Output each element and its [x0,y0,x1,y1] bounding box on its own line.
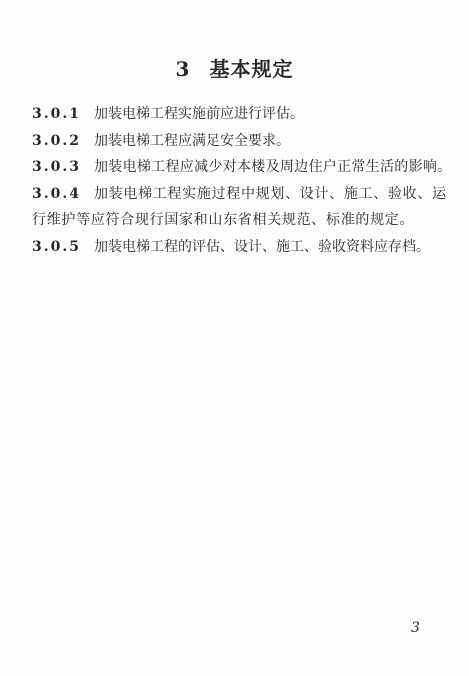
clause-number: 3.0.5 [32,239,81,255]
page-number: 3 [411,620,420,636]
clause-text: 加装电梯工程应减少对本楼及周边住户正常生活的影响。 [94,159,452,175]
clause-number: 3.0.2 [32,133,81,149]
clause-3-0-2: 3.0.2加装电梯工程应满足安全要求。 [32,128,441,155]
clause-3-0-5: 3.0.5加装电梯工程的评估、设计、施工、验收资料应存档。 [32,234,441,261]
clauses-block: 3.0.1加装电梯工程实施前应进行评估。 3.0.2加装电梯工程应满足安全要求。… [32,101,441,260]
clause-text: 加装电梯工程实施前应进行评估。 [94,106,304,122]
clause-text: 加装电梯工程实施过程中规划、设计、施工、验收、运 [94,186,447,202]
chapter-heading: 3基本规定 [0,57,469,81]
clause-3-0-3: 3.0.3加装电梯工程应减少对本楼及周边住户正常生活的影响。 [32,154,441,181]
clause-text: 加装电梯工程的评估、设计、施工、验收资料应存档。 [94,239,430,255]
clause-text: 行维护等应符合现行国家和山东省相关规范、标准的规定。 [32,212,414,228]
clause-number: 3.0.4 [32,186,81,202]
document-page: 3基本规定 3.0.1加装电梯工程实施前应进行评估。 3.0.2加装电梯工程应满… [0,0,469,676]
chapter-title-text: 基本规定 [209,57,293,81]
chapter-number: 3 [176,57,190,81]
clause-number: 3.0.1 [32,106,81,122]
clause-number: 3.0.3 [32,159,81,175]
clause-text: 加装电梯工程应满足安全要求。 [94,133,290,149]
clause-3-0-4-line-1: 3.0.4加装电梯工程实施过程中规划、设计、施工、验收、运 [32,181,441,208]
clause-3-0-1: 3.0.1加装电梯工程实施前应进行评估。 [32,101,441,128]
clause-3-0-4-line-2: 行维护等应符合现行国家和山东省相关规范、标准的规定。 [32,207,441,234]
